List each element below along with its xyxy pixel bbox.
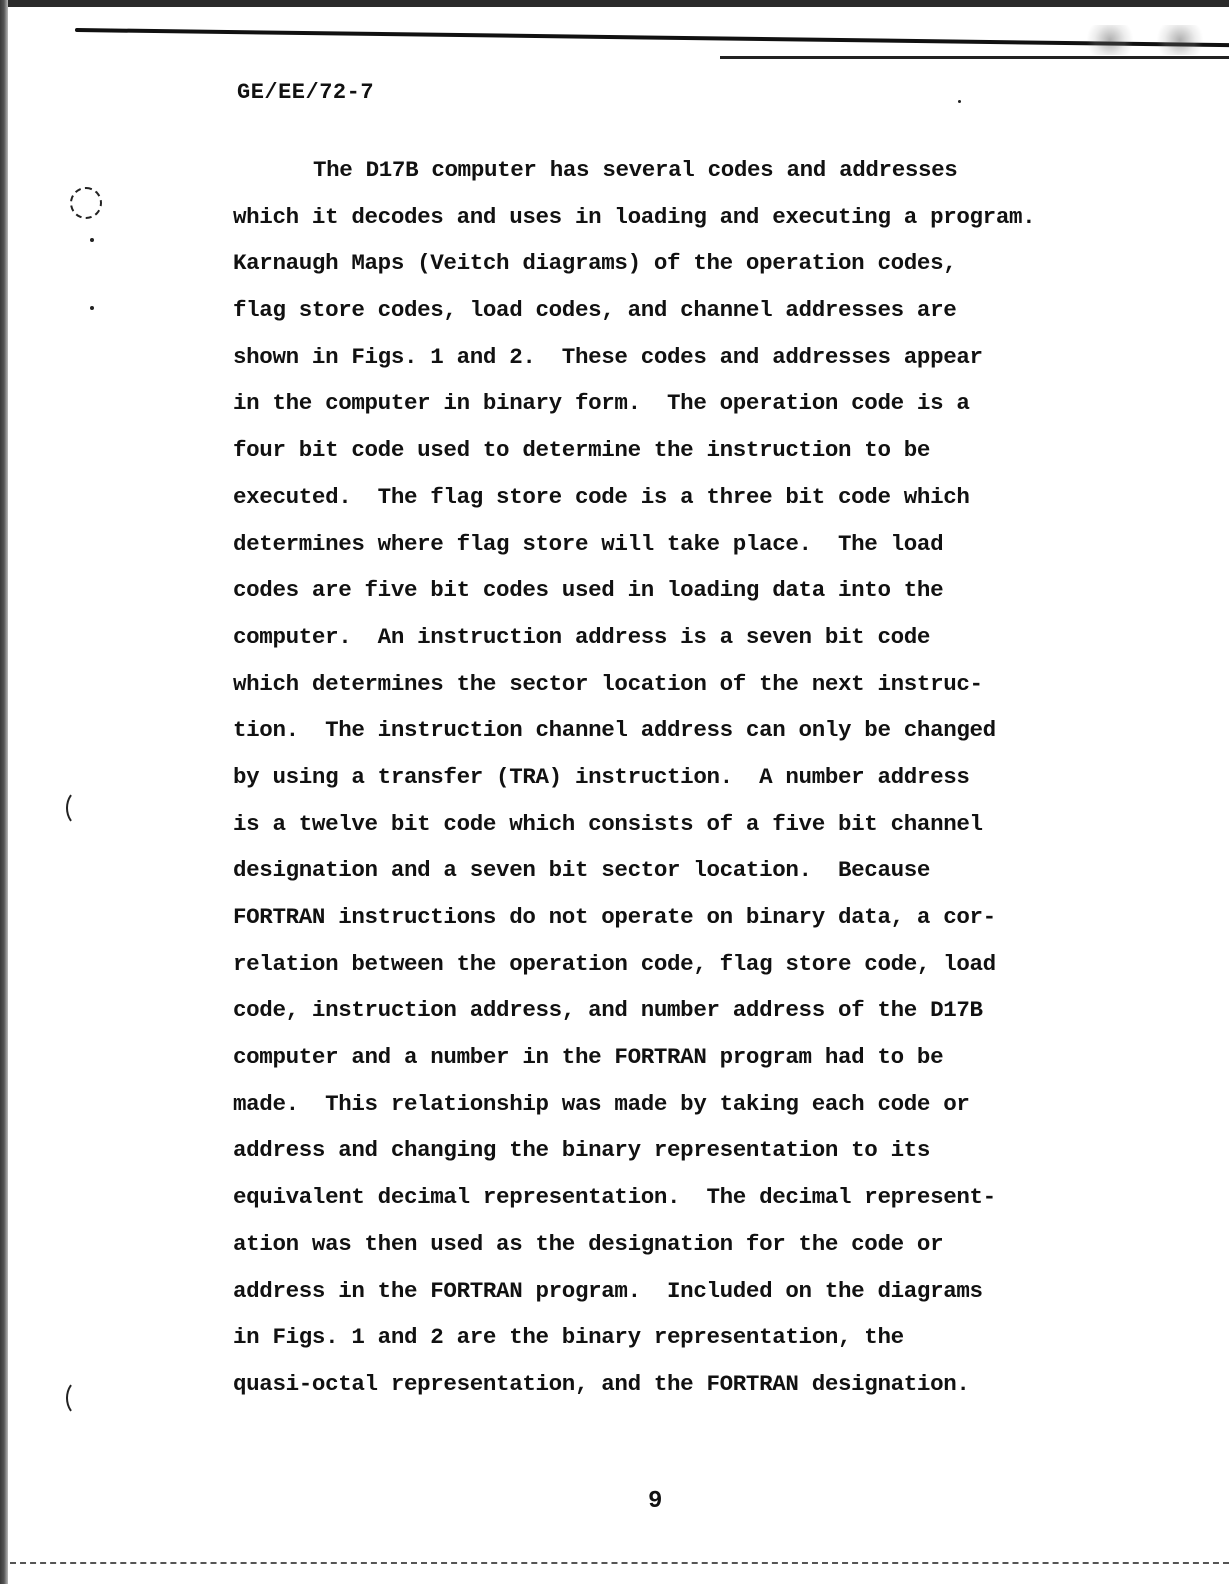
binder-hole-mark <box>66 790 92 826</box>
scan-speck <box>958 100 961 103</box>
scan-noise <box>1150 25 1210 55</box>
binder-hole-mark <box>70 187 102 219</box>
text-line: made. This relationship was made by taki… <box>233 1086 1113 1133</box>
text-line: code, instruction address, and number ad… <box>233 992 1113 1039</box>
document-id: GE/EE/72-7 <box>237 80 374 105</box>
scan-speck <box>90 306 94 310</box>
text-line: shown in Figs. 1 and 2. These codes and … <box>233 339 1113 386</box>
page-number: 9 <box>648 1488 662 1515</box>
text-line: codes are five bit codes used in loading… <box>233 572 1113 619</box>
text-line: Karnaugh Maps (Veitch diagrams) of the o… <box>233 245 1113 292</box>
text-line: designation and a seven bit sector locat… <box>233 852 1113 899</box>
text-line: in the computer in binary form. The oper… <box>233 385 1113 432</box>
text-line: is a twelve bit code which consists of a… <box>233 806 1113 853</box>
binder-hole-mark <box>66 1380 92 1416</box>
scan-speck <box>90 238 94 242</box>
text-line: relation between the operation code, fla… <box>233 946 1113 993</box>
text-line: FORTRAN instructions do not operate on b… <box>233 899 1113 946</box>
text-line: address and changing the binary represen… <box>233 1132 1113 1179</box>
text-line: determines where flag store will take pl… <box>233 526 1113 573</box>
scan-border-top <box>0 0 1229 7</box>
body-paragraph: The D17B computer has several codes and … <box>233 152 1113 1413</box>
text-line: computer and a number in the FORTRAN pro… <box>233 1039 1113 1086</box>
text-line: by using a transfer (TRA) instruction. A… <box>233 759 1113 806</box>
text-line: quasi-octal representation, and the FORT… <box>233 1366 1113 1413</box>
text-line: computer. An instruction address is a se… <box>233 619 1113 666</box>
text-line: which determines the sector location of … <box>233 666 1113 713</box>
text-line: which it decodes and uses in loading and… <box>233 199 1113 246</box>
text-line: equivalent decimal representation. The d… <box>233 1179 1113 1226</box>
text-line: The D17B computer has several codes and … <box>233 152 1113 199</box>
scanned-page: GE/EE/72-7 The D17B computer has several… <box>0 0 1229 1584</box>
text-line: tion. The instruction channel address ca… <box>233 712 1113 759</box>
text-line: four bit code used to determine the inst… <box>233 432 1113 479</box>
footer-rule <box>10 1562 1229 1564</box>
header-rule <box>75 28 1229 47</box>
text-line: ation was then used as the designation f… <box>233 1226 1113 1273</box>
text-line: in Figs. 1 and 2 are the binary represen… <box>233 1319 1113 1366</box>
text-line: address in the FORTRAN program. Included… <box>233 1273 1113 1320</box>
scan-noise <box>1080 25 1140 55</box>
text-line: flag store codes, load codes, and channe… <box>233 292 1113 339</box>
header-rule-lower <box>720 56 1229 59</box>
scan-border-left <box>0 0 8 1584</box>
text-line: executed. The flag store code is a three… <box>233 479 1113 526</box>
